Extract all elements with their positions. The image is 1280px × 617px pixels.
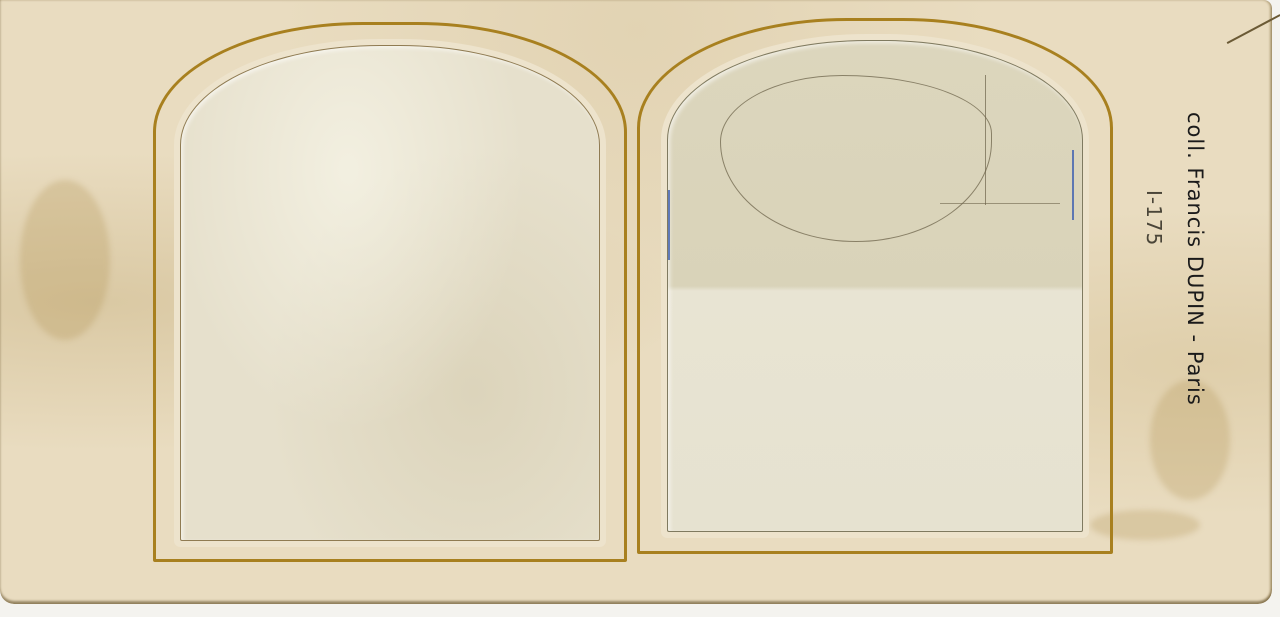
collection-annotation: coll. Francis DUPIN - Paris [1183,112,1207,406]
stereoview-card: coll. Francis DUPIN - Paris I-175 [0,0,1272,604]
emulsion-crack [940,203,1060,204]
corner-scratch [1227,14,1280,43]
stain [20,180,110,340]
left-image-window [180,45,600,541]
blue-edge-mark [1072,150,1074,220]
emulsion-crack [985,75,986,205]
blue-edge-mark [668,190,670,260]
reference-annotation: I-175 [1142,190,1166,246]
